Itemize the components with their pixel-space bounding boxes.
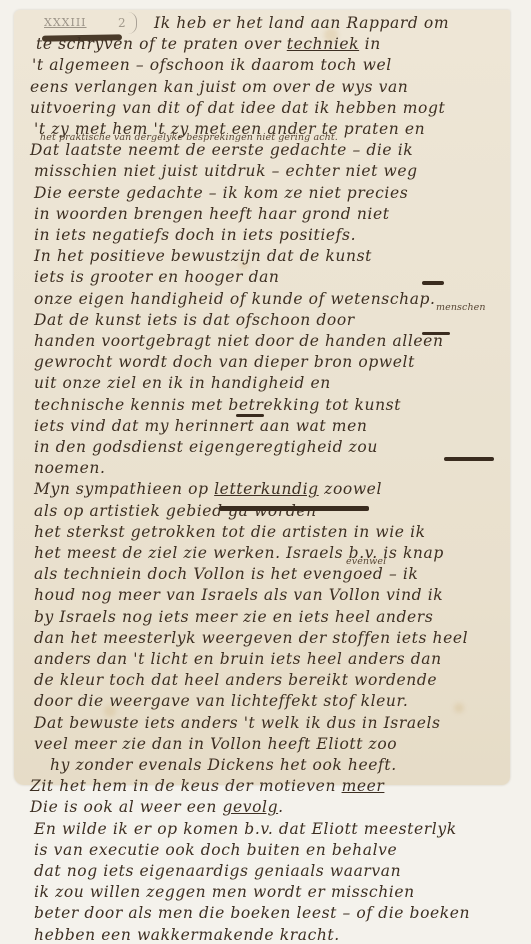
handwritten-line: in woorden brengen heeft haar grond niet: [34, 205, 390, 223]
handwritten-line: handen voortgebragt niet door de handen …: [34, 332, 444, 350]
handwritten-line: te schryven of te praten over techniek i…: [36, 35, 381, 53]
archive-bracket: [128, 12, 137, 34]
handwritten-line: iets vind dat my herinnert aan wat men: [34, 417, 367, 435]
handwritten-line: dan het meesterlyk weergeven der stoffen…: [34, 629, 468, 647]
handwritten-line: het sterkst getrokken tot die artisten i…: [34, 523, 426, 541]
handwritten-line: by Israels nog iets meer zie en iets hee…: [34, 608, 433, 626]
handwritten-line: de kleur toch dat heel anders bereikt wo…: [34, 671, 437, 689]
letter-page: XXXIII 2 Ik heb er het land aan Rappard …: [14, 10, 510, 785]
paper-stain: [454, 703, 464, 713]
handwritten-line: Dat laatste neemt de eerste gedachte – d…: [30, 141, 413, 159]
strikethrough-mark: [422, 281, 444, 285]
handwritten-line: in iets negatiefs doch in iets positiefs…: [34, 226, 356, 244]
strikethrough-mark: [444, 457, 494, 461]
handwritten-line: In het positieve bewustzijn dat de kunst: [34, 247, 372, 265]
handwritten-line: hy zonder evenals Dickens het ook heeft.: [50, 756, 397, 774]
handwritten-line: 't algemeen – ofschoon ik daarom toch we…: [32, 56, 392, 74]
handwritten-line: Dat bewuste iets anders 't welk ik dus i…: [34, 714, 441, 732]
handwritten-line: Ik heb er het land aan Rappard om: [154, 14, 449, 32]
page-number: 2: [118, 16, 126, 30]
strikethrough-mark: [422, 332, 450, 335]
handwritten-line: iets is grooter en hooger dan: [34, 268, 280, 286]
handwritten-line: in den godsdienst eigengeregtigheid zou: [34, 438, 378, 456]
handwritten-line: misschien niet juist uitdruk – echter ni…: [34, 162, 418, 180]
handwritten-line: Die eerste gedachte – ik kom ze niet pre…: [34, 184, 408, 202]
handwritten-line: noemen.: [34, 459, 105, 477]
handwritten-line: anders dan 't licht en bruin iets heel a…: [34, 650, 442, 668]
handwritten-line: als techniein doch Vollon is het evengoe…: [34, 565, 418, 583]
handwritten-line: technische kennis met betrekking tot kun…: [34, 396, 401, 414]
archive-mark: XXXIII: [44, 16, 87, 29]
handwritten-line: door die weergave van lichteffekt stof k…: [34, 692, 408, 710]
handwritten-line: gewrocht wordt doch van dieper bron opwe…: [34, 353, 415, 371]
handwritten-line: onze eigen handigheid of kunde of wetens…: [34, 290, 436, 308]
handwritten-line: uitvoering van dit of dat idee dat ik he…: [30, 99, 445, 117]
handwritten-line: Dat de kunst iets is dat ofschoon door: [34, 311, 355, 329]
handwritten-line: Zit het hem in de keus der motieven meer: [30, 777, 384, 795]
handwritten-line: houd nog meer van Israels als van Vollon…: [34, 586, 443, 604]
strikethrough-mark: [236, 414, 264, 417]
interlinear-note: menschen: [436, 302, 486, 313]
handwritten-line: Myn sympathieen op letterkundig zoowel: [34, 480, 382, 498]
strikethrough-mark: [219, 506, 369, 511]
handwritten-line: uit onze ziel en ik in handigheid en: [34, 374, 331, 392]
handwritten-line: veel meer zie dan in Vollon heeft Eliott…: [34, 735, 397, 753]
handwritten-line: eens verlangen kan juist om over de wys …: [30, 78, 408, 96]
